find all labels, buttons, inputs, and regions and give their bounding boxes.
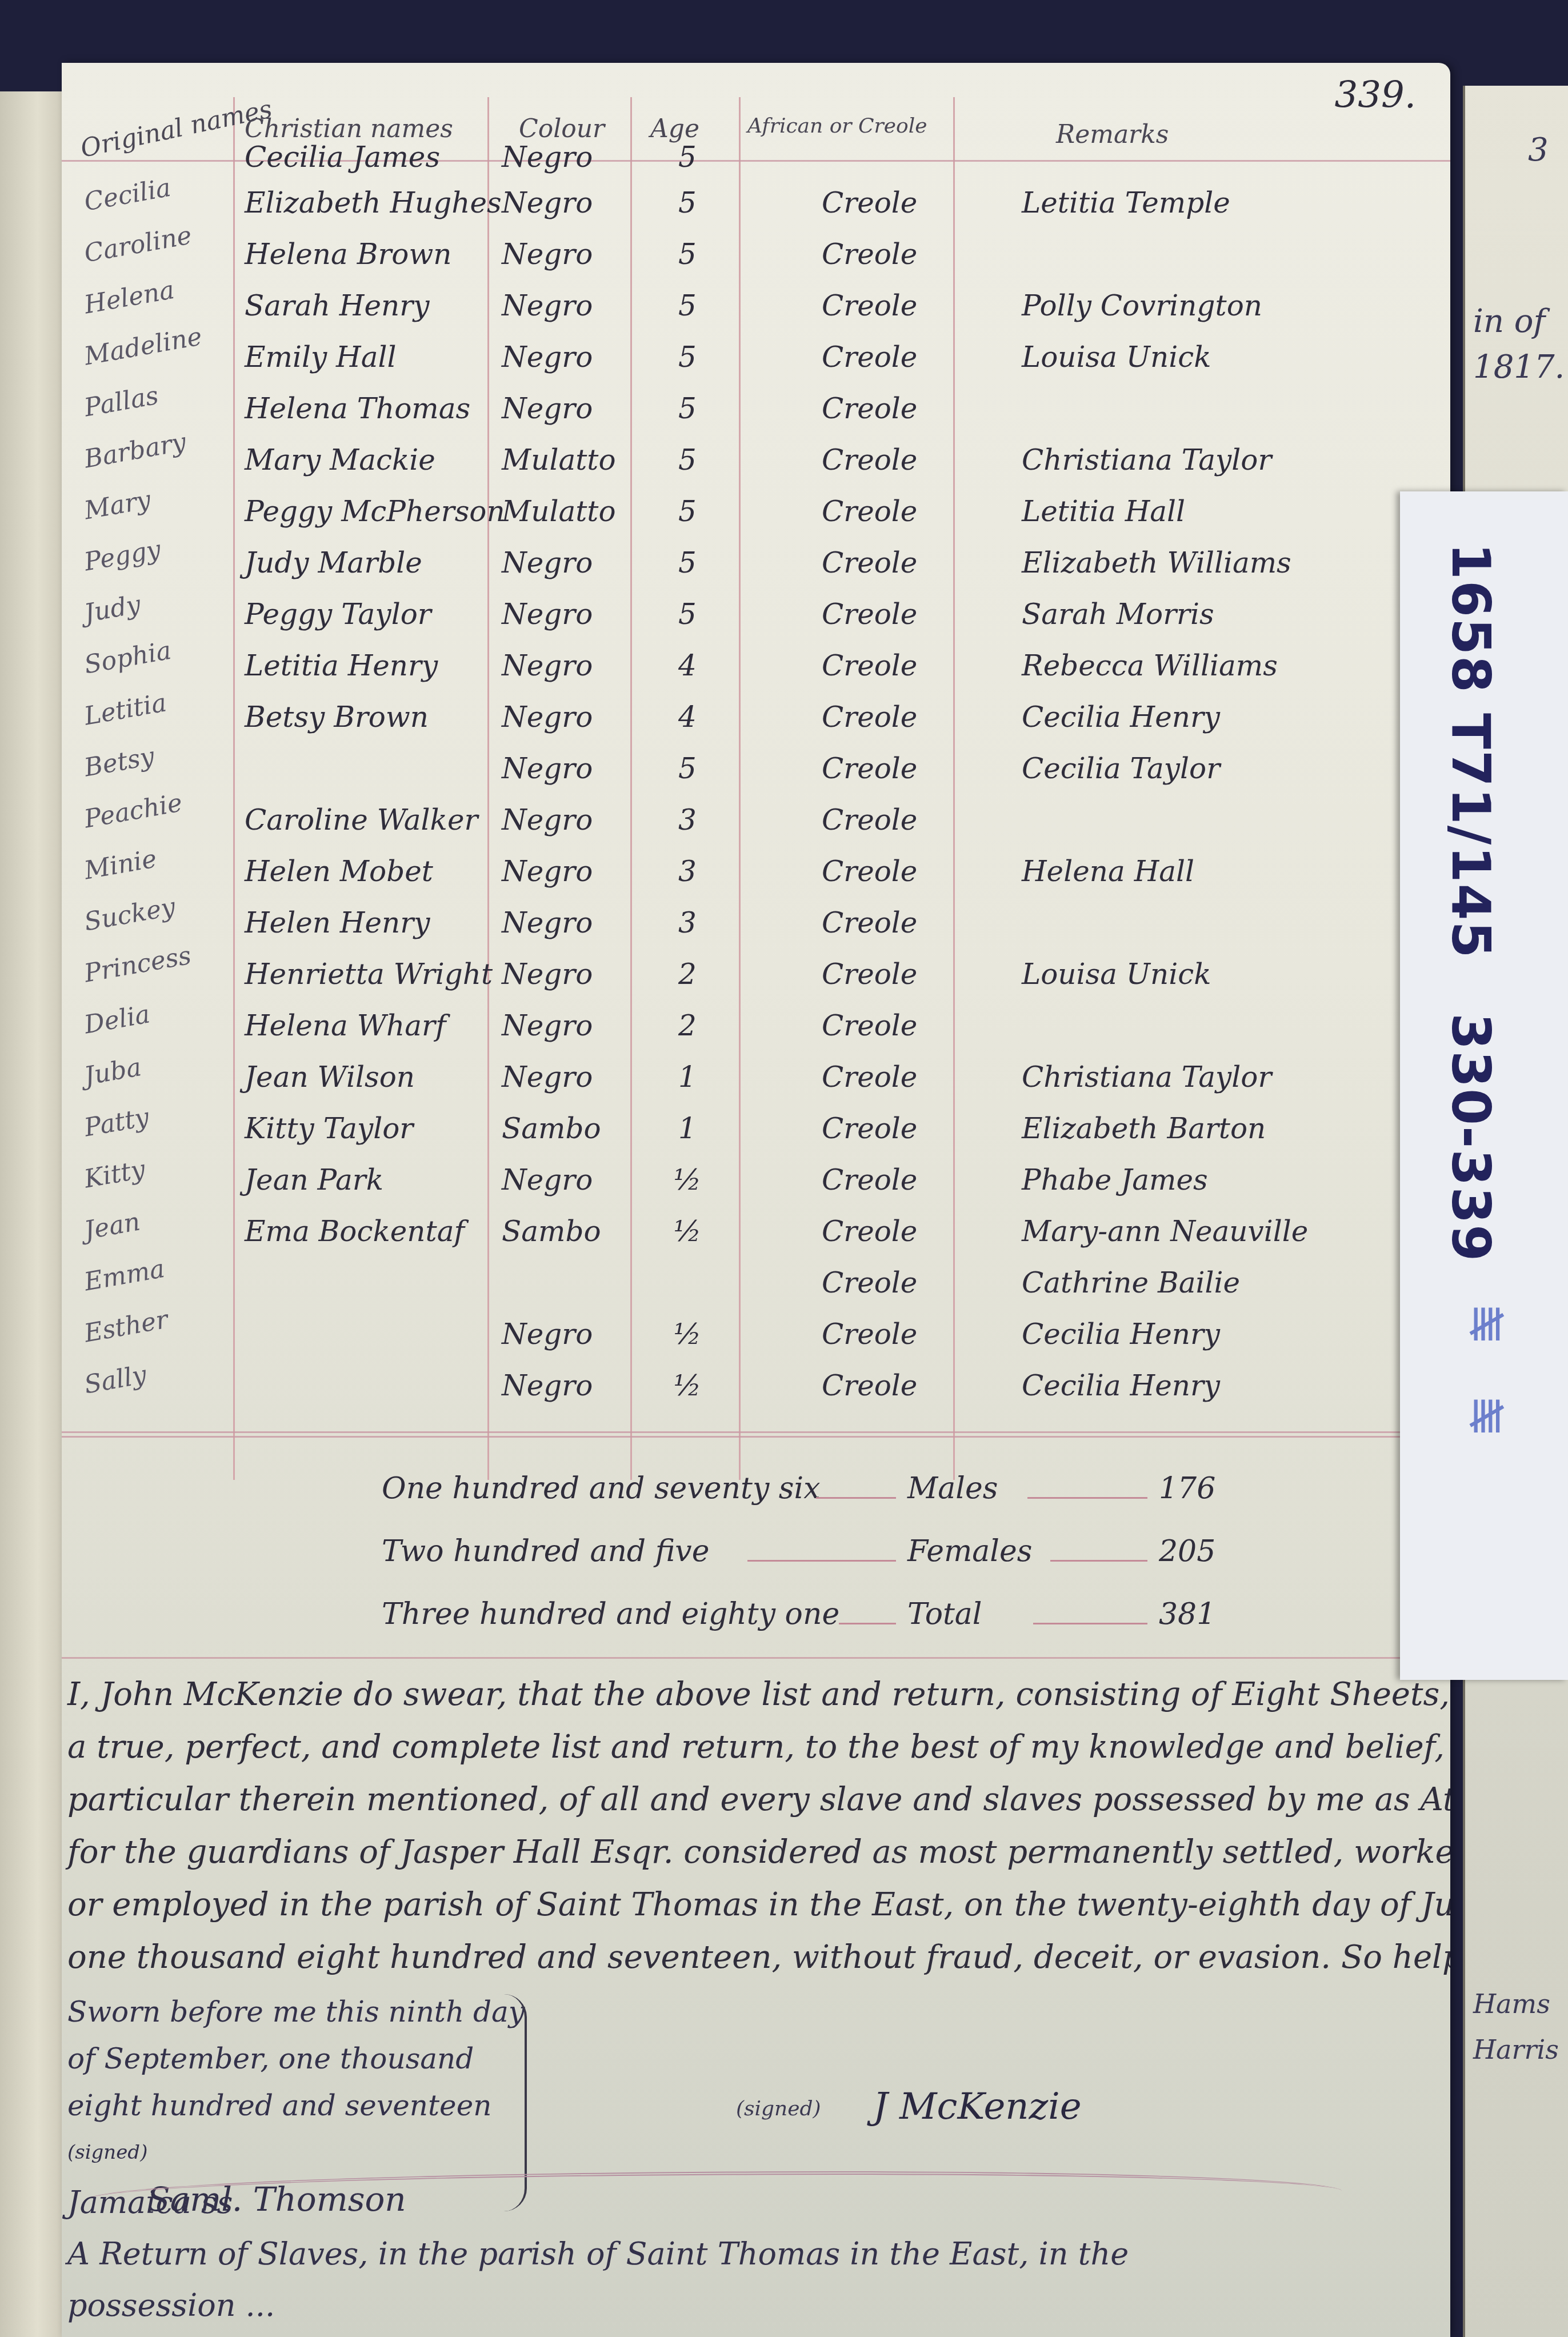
total-words: Two hundred and five: [382, 1520, 710, 1583]
signature: J McKenzie: [873, 2086, 1082, 2128]
age: 5: [662, 383, 713, 434]
origin: Creole: [822, 846, 917, 897]
remarks: Louisa Unick: [1022, 949, 1211, 1000]
next-return-heading: Jamaica ss A Return of Slaves, in the pa…: [67, 2177, 1129, 2331]
remarks: Christiana Taylor: [1022, 1051, 1271, 1103]
archive-piece-reference: 1658 T71/145: [1440, 543, 1501, 959]
remarks: Cecilia Henry: [1022, 1308, 1220, 1360]
age: 3: [662, 897, 713, 949]
remarks: Rebecca Williams: [1022, 640, 1278, 691]
age: ½: [662, 1206, 713, 1257]
colour: Negro: [502, 640, 593, 691]
origin: Creole: [822, 949, 917, 1000]
original-name: Delia: [80, 989, 154, 1051]
colour: Negro: [502, 691, 593, 743]
dash-rule: [1027, 1497, 1147, 1499]
totals-summary: One hundred and seventy six Males 176 Tw…: [382, 1457, 1296, 1646]
origin: Creole: [822, 897, 917, 949]
age: 5: [662, 131, 713, 183]
age: 1: [662, 1051, 713, 1103]
origin: Creole: [822, 640, 917, 691]
remarks: Elizabeth Barton: [1022, 1103, 1266, 1154]
remarks: Christiana Taylor: [1022, 434, 1271, 486]
table-row: Cecilia James Negro 5: [62, 131, 1450, 183]
colour: Negro: [502, 1051, 593, 1103]
colour: Negro: [502, 229, 593, 280]
total-value: 176: [1159, 1457, 1215, 1520]
oath-line: particular therein mentioned, of all and…: [67, 1774, 1427, 1826]
colour: Negro: [502, 1308, 593, 1360]
christian-name: Kitty Taylor: [245, 1103, 413, 1154]
table-row: Delia Helena Wharf Negro 2 Creole: [62, 1000, 1450, 1051]
origin: Creole: [822, 794, 917, 846]
table-row: Madeline Emily Hall Negro 5 Creole Louis…: [62, 331, 1450, 383]
jurat-signed-label: (signed): [67, 2129, 525, 2176]
total-words: Three hundred and eighty one: [382, 1583, 839, 1646]
archive-reference: 1658 T71/145 330-339: [1440, 543, 1501, 1296]
origin: Creole: [822, 1206, 917, 1257]
table-row: Princess Henrietta Wright Negro 2 Creole…: [62, 949, 1450, 1000]
origin: Creole: [822, 177, 917, 229]
table-row: Barbary Mary Mackie Mulatto 5 Creole Chr…: [62, 434, 1450, 486]
table-row: Peachie Caroline Walker Negro 3 Creole: [62, 794, 1450, 846]
colour: Negro: [502, 383, 593, 434]
christian-name: Judy Marble: [245, 537, 422, 589]
christian-name: Letitia Henry: [245, 640, 438, 691]
age: 2: [662, 1000, 713, 1051]
table-row: Caroline Helena Brown Negro 5 Creole: [62, 229, 1450, 280]
jurat-line: of September, one thousand: [67, 2035, 525, 2082]
colour: Negro: [502, 331, 593, 383]
total-label: Females: [907, 1520, 1032, 1583]
colour: Negro: [502, 1000, 593, 1051]
dash-rule: [816, 1497, 896, 1499]
table-row: Sophia Letitia Henry Negro 4 Creole Rebe…: [62, 640, 1450, 691]
table-row: Judy Peggy Taylor Negro 5 Creole Sarah M…: [62, 589, 1450, 640]
origin: Creole: [822, 743, 917, 794]
total-value: 205: [1159, 1520, 1215, 1583]
folio-number: 339.: [1335, 74, 1417, 117]
remarks: Mary-ann Neauville: [1022, 1206, 1308, 1257]
next-entry-line: possession ...: [67, 2280, 1129, 2331]
oath-line: a true, perfect, and complete list and r…: [67, 1721, 1427, 1774]
remarks: Helena Hall: [1022, 846, 1194, 897]
register-page: 339. Original names Christian names Colo…: [62, 63, 1450, 2337]
adjacent-fragment: Harris: [1473, 2034, 1559, 2065]
oath-line: I, John McKenzie do swear, that the abov…: [67, 1668, 1427, 1721]
origin: Creole: [822, 229, 917, 280]
age: 5: [662, 229, 713, 280]
origin: Creole: [822, 1308, 917, 1360]
adjacent-fragment: in of: [1473, 303, 1545, 340]
oath-line: one thousand eight hundred and seventeen…: [67, 1931, 1427, 1984]
table-row: Juba Jean Wilson Negro 1 Creole Christia…: [62, 1051, 1450, 1103]
origin: Creole: [822, 1154, 917, 1206]
remarks: Elizabeth Williams: [1022, 537, 1291, 589]
christian-name: Jean Wilson: [245, 1051, 415, 1103]
origin: Creole: [822, 1257, 917, 1308]
origin: Creole: [822, 589, 917, 640]
age: 3: [662, 846, 713, 897]
origin: Creole: [822, 280, 917, 331]
christian-name: Cecilia James: [245, 131, 440, 183]
adjacent-fragment: 1817.: [1473, 349, 1565, 386]
christian-name: Helena Thomas: [245, 383, 470, 434]
origin: Creole: [822, 1051, 917, 1103]
colour: Negro: [502, 794, 593, 846]
christian-name: Betsy Brown: [245, 691, 429, 743]
remarks: Cecilia Henry: [1022, 1360, 1220, 1411]
christian-name: Henrietta Wright: [245, 949, 493, 1000]
colour: Negro: [502, 743, 593, 794]
table-row: Letitia Betsy Brown Negro 4 Creole Cecil…: [62, 691, 1450, 743]
jurat-line: eight hundred and seventeen: [67, 2082, 525, 2129]
table-row: Patty Kitty Taylor Sambo 1 Creole Elizab…: [62, 1103, 1450, 1154]
table-row: Pallas Helena Thomas Negro 5 Creole: [62, 383, 1450, 434]
table-row: Helena Sarah Henry Negro 5 Creole Polly …: [62, 280, 1450, 331]
christian-name: Peggy McPherson: [245, 486, 505, 537]
origin: Creole: [822, 691, 917, 743]
christian-name: Ema Bockentaf: [245, 1206, 465, 1257]
age: 1: [662, 1103, 713, 1154]
age: 2: [662, 949, 713, 1000]
christian-name: Peggy Taylor: [245, 589, 431, 640]
origin: Creole: [822, 1103, 917, 1154]
christian-name: Helena Brown: [245, 229, 451, 280]
colour: Negro: [502, 897, 593, 949]
total-label: Males: [907, 1457, 998, 1520]
age: 5: [662, 177, 713, 229]
colour: Negro: [502, 280, 593, 331]
age: 3: [662, 794, 713, 846]
colour: Negro: [502, 131, 593, 183]
remarks: Phabe James: [1022, 1154, 1208, 1206]
table-row: Jean Ema Bockentaf Sambo ½ Creole Mary-a…: [62, 1206, 1450, 1257]
colour: Negro: [502, 177, 593, 229]
colour: Negro: [502, 1154, 593, 1206]
colour: Negro: [502, 846, 593, 897]
table-row: Mary Peggy McPherson Mulatto 5 Creole Le…: [62, 486, 1450, 537]
oath-line: or employed in the parish of Saint Thoma…: [67, 1879, 1427, 1931]
origin: Creole: [822, 383, 917, 434]
table-row: Esther Negro ½ Creole Cecilia Henry: [62, 1308, 1450, 1360]
christian-name: Caroline Walker: [245, 794, 478, 846]
christian-name: Emily Hall: [245, 331, 396, 383]
archive-page-range: 330-339: [1440, 1013, 1501, 1262]
original-name: Patty: [80, 1092, 153, 1154]
total-label: Total: [907, 1583, 982, 1646]
total-words: One hundred and seventy six: [382, 1457, 820, 1520]
oath-paragraph: I, John McKenzie do swear, that the abov…: [67, 1668, 1427, 1984]
colour: Negro: [502, 949, 593, 1000]
table-row: Sally Negro ½ Creole Cecilia Henry: [62, 1360, 1450, 1411]
colour: Sambo: [502, 1206, 601, 1257]
next-entry-line: A Return of Slaves, in the parish of Sai…: [67, 2228, 1129, 2280]
total-males: One hundred and seventy six Males 176: [382, 1457, 1296, 1520]
colour: Negro: [502, 537, 593, 589]
age: 4: [662, 691, 713, 743]
colour: Negro: [502, 1360, 593, 1411]
age: 5: [662, 589, 713, 640]
total-value: 381: [1159, 1583, 1215, 1646]
remarks: Letitia Hall: [1022, 486, 1185, 537]
signed-label: (signed): [736, 2097, 821, 2120]
adjacent-fragment: Hams: [1473, 1988, 1550, 2019]
christian-name: Sarah Henry: [245, 280, 429, 331]
colour: Mulatto: [502, 486, 616, 537]
table-row: Peggy Judy Marble Negro 5 Creole Elizabe…: [62, 537, 1450, 589]
table-row: Minie Helen Mobet Negro 3 Creole Helena …: [62, 846, 1450, 897]
oath-line: for the guardians of Jasper Hall Esqr. c…: [67, 1826, 1427, 1879]
table-row: Cecilia Elizabeth Hughes Negro 5 Creole …: [62, 177, 1450, 229]
christian-name: Helena Wharf: [245, 1000, 446, 1051]
colour: Negro: [502, 589, 593, 640]
colour: Sambo: [502, 1103, 601, 1154]
table-end-rule: [62, 1431, 1450, 1433]
age: 5: [662, 331, 713, 383]
jurat-line: Sworn before me this ninth day: [67, 1988, 525, 2035]
remarks: Cecilia Taylor: [1022, 743, 1220, 794]
remarks: Louisa Unick: [1022, 331, 1211, 383]
dash-rule: [839, 1623, 896, 1624]
origin: Creole: [822, 434, 917, 486]
archive-reference-tag: 1658 T71/145 330-339 𝍸 𝍸: [1400, 491, 1568, 1680]
previous-page-edge: [0, 91, 65, 2337]
christian-name: Jean Park: [245, 1154, 383, 1206]
original-name: Kitty: [80, 1144, 149, 1205]
christian-name: Mary Mackie: [245, 434, 435, 486]
remarks: Cathrine Bailie: [1022, 1257, 1240, 1308]
remarks: Letitia Temple: [1022, 177, 1230, 229]
origin: Creole: [822, 486, 917, 537]
age: 5: [662, 486, 713, 537]
jurisdiction-line: Jamaica ss: [67, 2177, 1129, 2228]
table-row: Betsy Negro 5 Creole Cecilia Taylor: [62, 743, 1450, 794]
table-end-rule: [62, 1436, 1450, 1438]
table-row: Kitty Jean Park Negro ½ Creole Phabe Jam…: [62, 1154, 1450, 1206]
colour: Mulatto: [502, 434, 616, 486]
age: ½: [662, 1360, 713, 1411]
origin: Creole: [822, 537, 917, 589]
remarks: Polly Covrington: [1022, 280, 1262, 331]
remarks: Cecilia Henry: [1022, 691, 1220, 743]
christian-name: Helen Henry: [245, 897, 430, 949]
origin: Creole: [822, 1000, 917, 1051]
age: 5: [662, 280, 713, 331]
total-all: Three hundred and eighty one Total 381: [382, 1583, 1296, 1646]
christian-name: Elizabeth Hughes: [245, 177, 502, 229]
age: ½: [662, 1154, 713, 1206]
totals-end-rule: [62, 1657, 1450, 1659]
dash-rule: [1033, 1623, 1147, 1624]
total-females: Two hundred and five Females 205: [382, 1520, 1296, 1583]
adjacent-fragment: 3: [1528, 131, 1549, 169]
age: 5: [662, 537, 713, 589]
tally-marks-icon: 𝍸 𝍸: [1463, 1291, 1531, 1531]
dash-rule: [1050, 1560, 1147, 1562]
original-name: Sally: [80, 1350, 150, 1411]
age: 4: [662, 640, 713, 691]
age: 5: [662, 434, 713, 486]
dash-rule: [747, 1560, 896, 1562]
origin: Creole: [822, 331, 917, 383]
age: ½: [662, 1308, 713, 1360]
origin: Creole: [822, 1360, 917, 1411]
remarks: Sarah Morris: [1022, 589, 1214, 640]
table-row: Emma Creole Cathrine Bailie: [62, 1257, 1450, 1308]
table-row: Suckey Helen Henry Negro 3 Creole: [62, 897, 1450, 949]
age: 5: [662, 743, 713, 794]
christian-name: Helen Mobet: [245, 846, 433, 897]
